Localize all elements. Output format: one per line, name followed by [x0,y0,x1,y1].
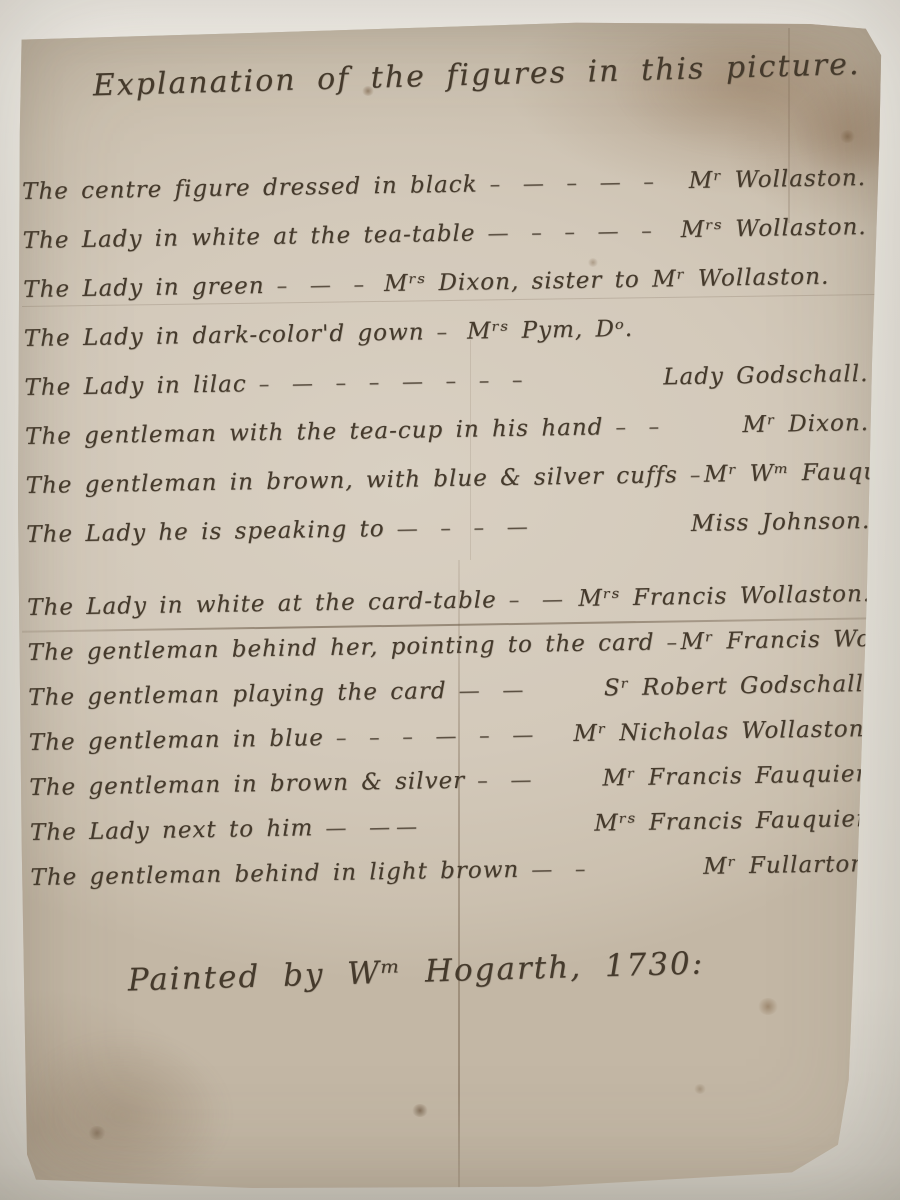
entry-dashes: — – – — – [475,206,677,258]
entry-name: Sʳ Robert Godschall. [600,662,873,712]
entry-dashes: – [654,620,677,665]
entry-name: Mʳ Francis Wollaston. [676,615,900,665]
entry-name: Mʳ Wᵐ Fauquier. [699,447,900,500]
entry-description: The Lady next to him [30,806,314,856]
entry-description: The Lady in white at the card-table [27,578,497,631]
entry-dashes: – — – — – [477,157,685,209]
entry-description: The centre figure dressed in black [22,160,478,217]
stain-spot [412,1104,428,1117]
entry-dashes: – – [603,401,739,452]
entry-dashes: — – [519,845,700,893]
entry-group-tea-table: The centre figure dressed in black – — –… [22,156,871,558]
entry-name: Lady Godschall. [659,350,869,402]
entry-description: The Lady in green [23,262,265,315]
entry-description: The Lady he is speaking to [26,505,385,560]
manuscript-photo: Explanation of the figures in this pictu… [0,0,900,1200]
stain-spot [758,998,778,1015]
entry-dashes: – – – — – — [324,712,570,761]
entry-name: Mʳ Francis Fauquier. [598,752,874,802]
entry-dashes: — – – — [384,500,687,554]
entry-name: Mʳˢ Pym, Dᵒ. [463,305,634,357]
entry-dashes: — —— [313,802,591,852]
entry-name: Mʳˢ Dixon, sister to Mʳ Wollaston. [380,253,830,309]
entry-name: Mʳˢ Francis Wollaston. [574,572,872,622]
document-title: Explanation of the figures in this pictu… [92,47,865,104]
entry-dashes: – — – [264,260,380,311]
entry-dashes: — — [446,667,600,715]
entry-group-card-table: The Lady in white at the card-table – — … [27,574,875,899]
entry-name: Mʳ Wollaston. [684,154,866,206]
stain-spot [694,1084,706,1094]
entry-name: Mʳ Fullarton. [699,842,875,890]
entry-dashes: – — [465,757,599,804]
entry-description: The gentleman in blue [28,716,324,766]
entry-description: The gentleman playing the card [28,669,447,721]
entry-name: Mʳˢ Wollaston. [676,203,867,255]
entry-description: The Lady in lilac [24,360,247,413]
entry-dashes: – — – – — – – – [246,353,659,409]
manuscript-paper: Explanation of the figures in this pictu… [0,0,900,1200]
entry-dashes: – — [496,577,574,623]
stain-spot [88,1126,106,1140]
entry-description: The gentleman behind in light brown [30,848,519,901]
entry-dashes: – [677,451,700,500]
signature-line: Painted by Wᵐ Hogarth, 1730: [127,940,876,998]
entry-dashes: – [424,308,463,358]
manuscript-content: Explanation of the figures in this pictu… [20,21,876,993]
entry-description: The gentleman in brown & silver [29,759,466,811]
stain-spot [18,1035,228,1195]
entry-name: Mʳ Dixon. [738,399,869,450]
entry-name: Mʳˢ Francis Fauquier. [590,797,874,847]
entry-description: The Lady in dark-color'd gown [24,308,425,364]
entry-name: Miss Johnson. [687,497,871,549]
entry-name: Mʳ Nicholas Wollaston. [569,707,873,757]
entry-description: The Lady in white at the tea-table [22,210,476,267]
